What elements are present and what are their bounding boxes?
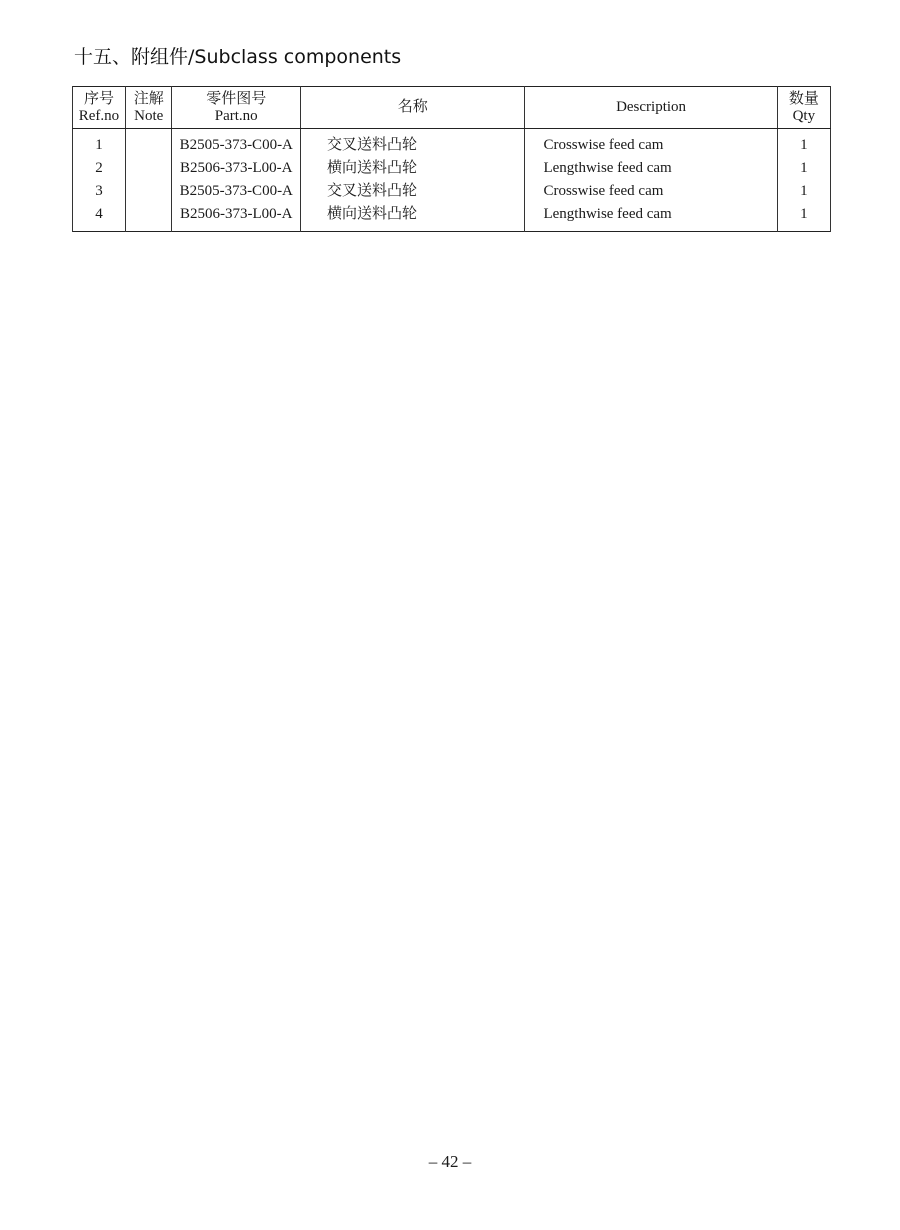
cell-part-no: B2506-373-L00-A bbox=[172, 157, 301, 180]
cell-qty: 1 bbox=[777, 157, 830, 180]
cell-name: 交叉送料凸轮 bbox=[300, 180, 524, 203]
cell-ref: 1 bbox=[73, 129, 126, 158]
header-ref-en: Ref.no bbox=[73, 108, 125, 125]
header-part-no: 零件图号 Part.no bbox=[172, 87, 301, 129]
section-title: 十五、附组件/Subclass components bbox=[74, 42, 401, 69]
header-part-zh: 零件图号 bbox=[172, 91, 300, 108]
cell-qty: 1 bbox=[777, 129, 830, 158]
table-row: 1 B2505-373-C00-A 交叉送料凸轮 Crosswise feed … bbox=[73, 129, 831, 158]
table-row: 3 B2505-373-C00-A 交叉送料凸轮 Crosswise feed … bbox=[73, 180, 831, 203]
page-number: – 42 – bbox=[0, 1152, 900, 1172]
header-ref-no: 序号 Ref.no bbox=[73, 87, 126, 129]
parts-table: 序号 Ref.no 注解 Note 零件图号 Part.no 名称 Descri… bbox=[72, 86, 831, 232]
header-note-zh: 注解 bbox=[126, 91, 172, 108]
cell-name: 交叉送料凸轮 bbox=[300, 129, 524, 158]
cell-part-no: B2506-373-L00-A bbox=[172, 203, 301, 232]
table-row: 4 B2506-373-L00-A 横向送料凸轮 Lengthwise feed… bbox=[73, 203, 831, 232]
header-qty-en: Qty bbox=[778, 108, 830, 125]
cell-qty: 1 bbox=[777, 203, 830, 232]
cell-note bbox=[125, 180, 172, 203]
cell-ref: 3 bbox=[73, 180, 126, 203]
header-qty: 数量 Qty bbox=[777, 87, 830, 129]
cell-part-no: B2505-373-C00-A bbox=[172, 180, 301, 203]
header-note: 注解 Note bbox=[125, 87, 172, 129]
cell-name: 横向送料凸轮 bbox=[300, 157, 524, 180]
header-description-en: Description bbox=[525, 99, 776, 116]
header-note-en: Note bbox=[126, 108, 172, 125]
cell-note bbox=[125, 157, 172, 180]
cell-part-no: B2505-373-C00-A bbox=[172, 129, 301, 158]
header-part-en: Part.no bbox=[172, 108, 300, 125]
cell-ref: 4 bbox=[73, 203, 126, 232]
cell-name: 横向送料凸轮 bbox=[300, 203, 524, 232]
table-header-row: 序号 Ref.no 注解 Note 零件图号 Part.no 名称 Descri… bbox=[73, 87, 831, 129]
header-description: Description bbox=[525, 87, 777, 129]
header-ref-zh: 序号 bbox=[73, 91, 125, 108]
cell-qty: 1 bbox=[777, 180, 830, 203]
table-row: 2 B2506-373-L00-A 横向送料凸轮 Lengthwise feed… bbox=[73, 157, 831, 180]
header-name-zh: 名称 bbox=[301, 99, 524, 116]
cell-description: Crosswise feed cam bbox=[525, 129, 777, 158]
cell-description: Lengthwise feed cam bbox=[525, 157, 777, 180]
header-qty-zh: 数量 bbox=[778, 91, 830, 108]
cell-description: Lengthwise feed cam bbox=[525, 203, 777, 232]
header-name: 名称 bbox=[300, 87, 524, 129]
cell-description: Crosswise feed cam bbox=[525, 180, 777, 203]
cell-note bbox=[125, 203, 172, 232]
cell-note bbox=[125, 129, 172, 158]
cell-ref: 2 bbox=[73, 157, 126, 180]
